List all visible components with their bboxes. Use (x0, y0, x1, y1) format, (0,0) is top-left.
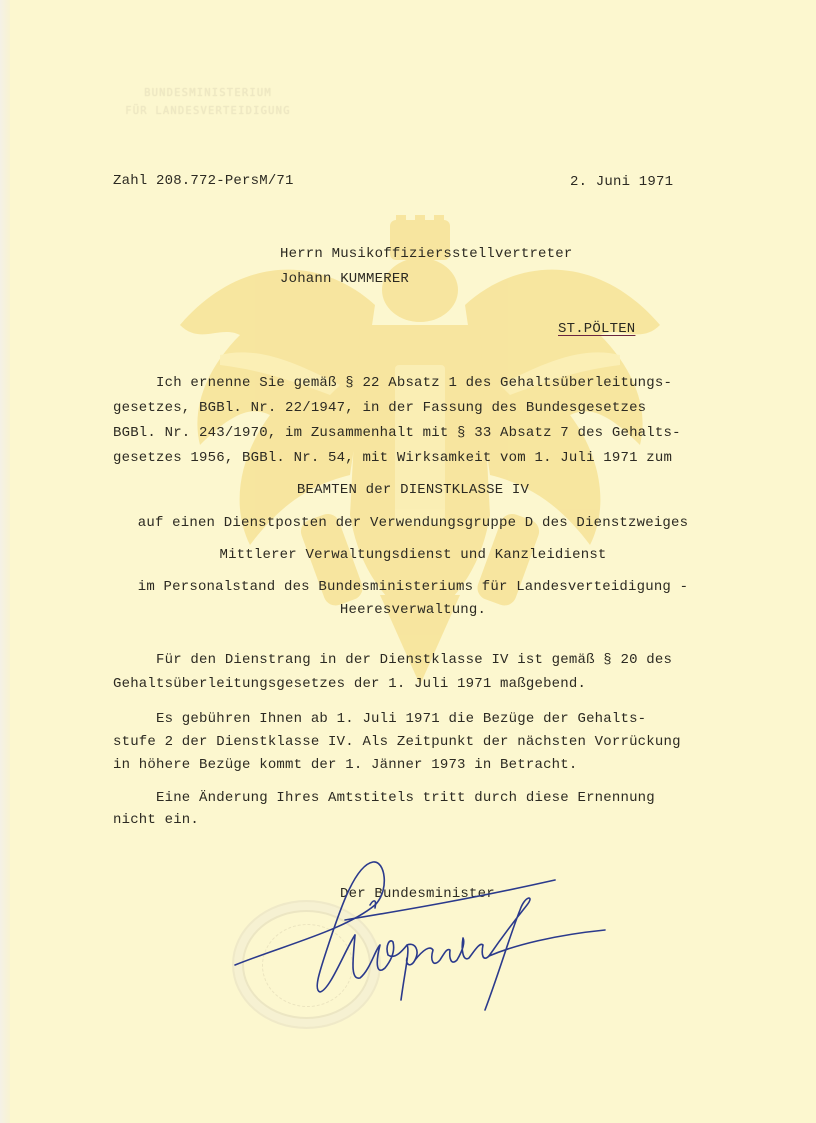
body-paragraph-3-line-2: stufe 2 der Dienstklasse IV. Als Zeitpun… (113, 733, 681, 751)
document-page: BUNDESMINISTERIUM FÜR LANDESVERTEIDIGUNG… (10, 0, 816, 1123)
letterhead-line-1: BUNDESMINISTERIUM (122, 84, 294, 102)
reference-number: Zahl 208.772-PersM/71 (113, 172, 294, 190)
scan-edge (0, 0, 10, 1123)
handwritten-signature-icon (225, 850, 615, 1030)
document-date: 2. Juni 1971 (570, 173, 673, 191)
appointment-rank: BEAMTEN der DIENSTKLASSE IV (10, 481, 816, 499)
body-paragraph-4-line-1: Eine Änderung Ihres Amtstitels tritt dur… (113, 789, 655, 807)
letterhead-line-2: FÜR LANDESVERTEIDIGUNG (122, 102, 294, 120)
staff-line-1: im Personalstand des Bundesministeriums … (10, 578, 816, 596)
body-paragraph-1-line-2: gesetzes, BGBl. Nr. 22/1947, in der Fass… (113, 399, 646, 417)
post-line: auf einen Dienstposten der Verwendungsgr… (10, 514, 816, 532)
body-paragraph-2-line-1: Für den Dienstrang in der Dienstklasse I… (113, 651, 672, 669)
recipient-name: Johann KUMMERER (280, 270, 409, 288)
body-paragraph-1-line-3: BGBl. Nr. 243/1970, im Zusammenhalt mit … (113, 424, 681, 442)
body-paragraph-1-line-4: gesetzes 1956, BGBl. Nr. 54, mit Wirksam… (113, 449, 672, 467)
recipient-city: ST.PÖLTEN (558, 320, 635, 338)
body-paragraph-4-line-2: nicht ein. (113, 811, 199, 829)
service-branch: Mittlerer Verwaltungsdienst und Kanzleid… (10, 546, 816, 564)
body-paragraph-2-line-2: Gehaltsüberleitungsgesetzes der 1. Juli … (113, 675, 586, 693)
body-paragraph-1-line-1: Ich ernenne Sie gemäß § 22 Absatz 1 des … (113, 374, 672, 392)
ministry-letterhead-embossed: BUNDESMINISTERIUM FÜR LANDESVERTEIDIGUNG (122, 84, 294, 126)
body-paragraph-3-line-3: in höhere Bezüge kommt der 1. Jänner 197… (113, 756, 577, 774)
staff-line-2: Heeresverwaltung. (10, 601, 816, 619)
body-paragraph-3-line-1: Es gebühren Ihnen ab 1. Juli 1971 die Be… (113, 710, 646, 728)
recipient-title: Herrn Musikoffiziersstellvertreter (280, 245, 572, 263)
